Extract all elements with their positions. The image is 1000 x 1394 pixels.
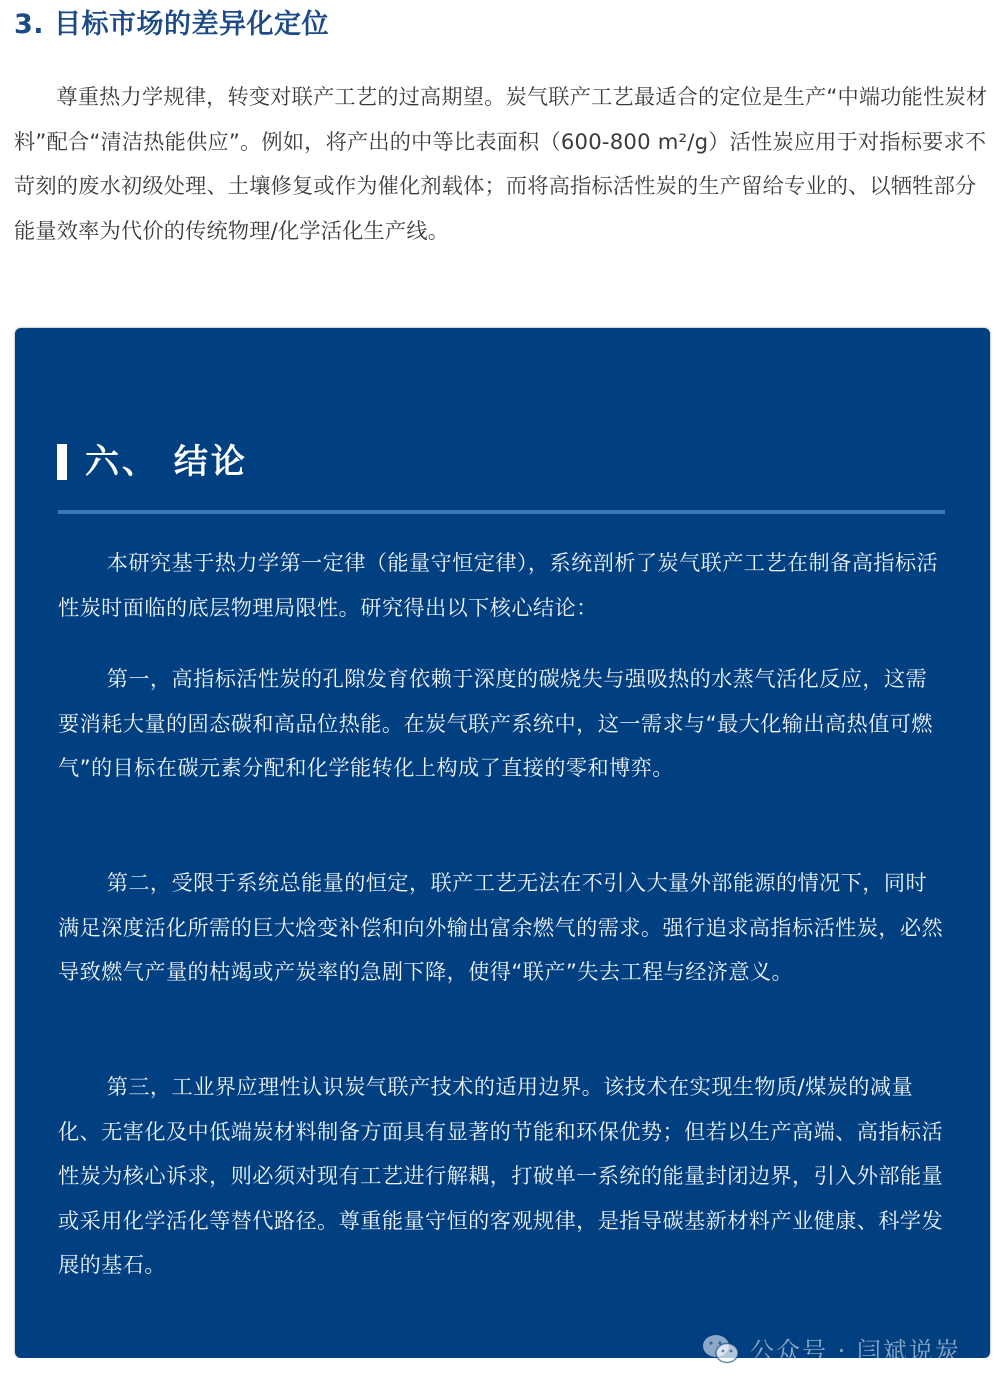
intro-paragraph: 尊重热力学规律，转变对联产工艺的过高期望。炭气联产工艺最适合的定位是生产“中端功… (14, 75, 989, 254)
watermark-text: 公众号 · 闫斌说炭 (750, 1331, 961, 1366)
section-heading: 3. 目标市场的差异化定位 (14, 6, 329, 44)
watermark: 公众号 · 闫斌说炭 (702, 1331, 961, 1366)
heading-bar-decoration (57, 444, 67, 480)
wechat-icon (702, 1334, 740, 1364)
conclusion-paragraph-first: 第一，高指标活性炭的孔隙发育依赖于深度的碳烧失与强吸热的水蒸气活化反应，这需要消… (58, 657, 946, 791)
conclusion-heading-text: 六、 结论 (85, 440, 248, 484)
conclusion-paragraph-second: 第二，受限于系统总能量的恒定，联产工艺无法在不引入大量外部能源的情况下，同时满足… (58, 861, 946, 995)
heading-divider (58, 510, 945, 514)
conclusion-heading: 六、 结论 (57, 440, 248, 484)
conclusion-paragraph-intro: 本研究基于热力学第一定律（能量守恒定律），系统剖析了炭气联产工艺在制备高指标活性… (58, 541, 946, 630)
conclusion-box: 六、 结论 本研究基于热力学第一定律（能量守恒定律），系统剖析了炭气联产工艺在制… (15, 328, 990, 1358)
conclusion-paragraph-third: 第三，工业界应理性认识炭气联产技术的适用边界。该技术在实现生物质/煤炭的减量化、… (58, 1065, 946, 1288)
